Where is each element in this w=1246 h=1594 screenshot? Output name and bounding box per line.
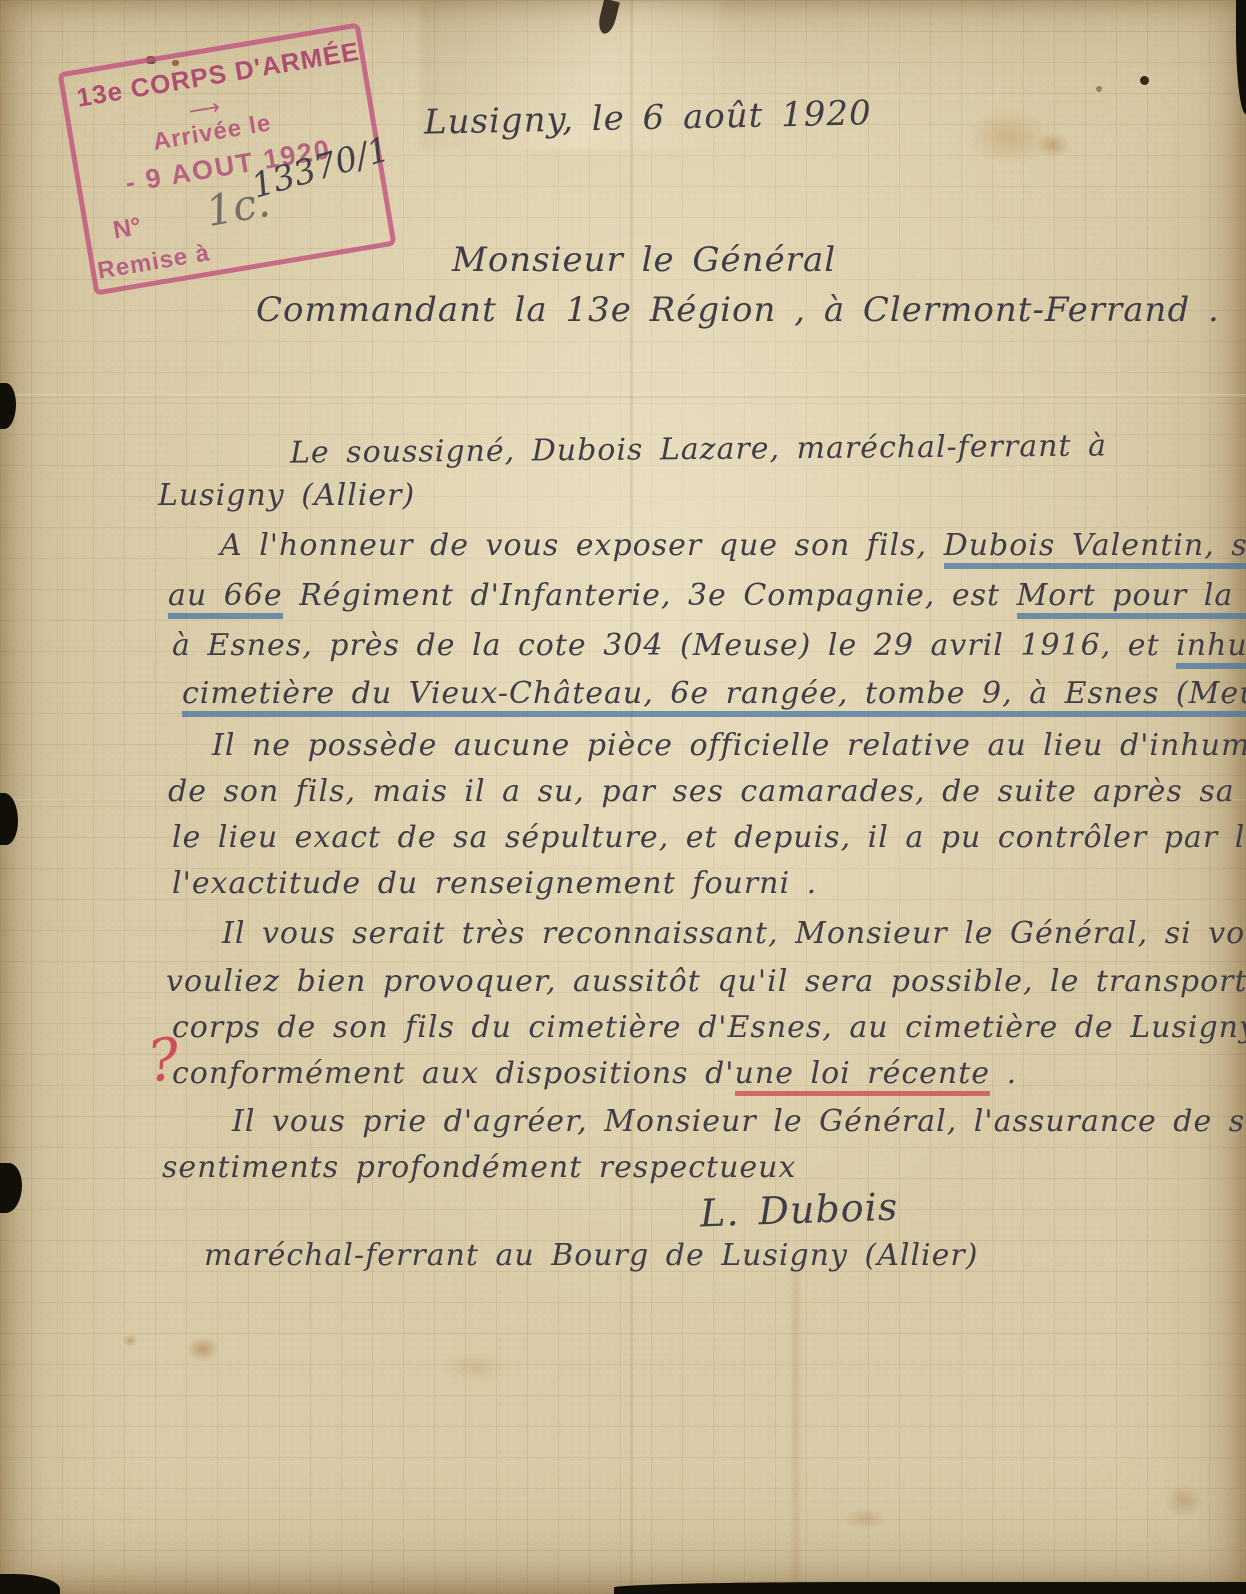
body-line: corps de son fils du cimetière d'Esnes, …: [172, 1010, 1246, 1045]
stain: [122, 1334, 138, 1347]
fold-crease: [792, 1270, 799, 1594]
underlined-loi-recente: une loi récente: [735, 1056, 991, 1096]
paper-tear: [0, 1163, 22, 1213]
underlined-name: Dubois Valentin, soldat: [944, 528, 1246, 569]
body-line: le lieu exact de sa sépulture, et depuis…: [172, 820, 1246, 855]
body-line: l'exactitude du renseignement fourni .: [172, 866, 817, 901]
paper-tear: [0, 383, 16, 429]
body-line: Il vous serait très reconnaissant, Monsi…: [222, 916, 1246, 951]
body-line: au 66e Régiment d'Infanterie, 3e Compagn…: [168, 578, 1246, 613]
body-line: Lusigny (Allier): [158, 478, 415, 513]
stain: [1140, 76, 1149, 85]
paper-tear: [0, 793, 18, 845]
underlined-mort-pour-la-france: Mort pour la France: [1017, 578, 1246, 619]
body-segment: conformément aux dispositions d': [172, 1056, 735, 1091]
body-line: A l'honneur de vous exposer que son fils…: [220, 528, 1246, 563]
dateline: Lusigny, le 6 août 1920: [424, 93, 872, 142]
footer-line: maréchal-ferrant au Bourg de Lusigny (Al…: [204, 1238, 978, 1273]
stain: [186, 1336, 220, 1362]
body-line: à Esnes, près de la cote 304 (Meuse) le …: [172, 628, 1246, 663]
fold-crease: [0, 394, 1246, 398]
underlined-regiment: au 66e: [168, 578, 283, 619]
body-line: cimetière du Vieux-Château, 6e rangée, t…: [182, 676, 1246, 711]
body-line: Il ne possède aucune pièce officielle re…: [212, 728, 1246, 763]
body-segment: Régiment d'Infanterie, 3e Compagnie, est: [283, 578, 1017, 613]
paper-edge: [0, 1574, 60, 1594]
body-line: sentiments profondément respectueux: [162, 1150, 796, 1185]
body-segment: à Esnes, près de la cote 304 (Meuse) le …: [172, 628, 1176, 663]
letter-page: 13e CORPS D'ARMÉE ⟶ Arrivée le - 9 AOUT …: [0, 0, 1246, 1594]
stain: [966, 108, 1052, 166]
stain: [1164, 1484, 1204, 1518]
stain: [1036, 132, 1070, 158]
stain: [440, 1352, 510, 1382]
stamp-remise-label: Remise à: [96, 239, 212, 285]
underlined-cemetery-line: cimetière du Vieux-Château, 6e rangée, t…: [182, 676, 1246, 717]
salutation-line1: Monsieur le Général: [452, 240, 836, 280]
paper-tear: [596, 0, 620, 35]
stain: [842, 1508, 888, 1530]
underlined-inhume: inhumé au: [1176, 628, 1246, 669]
body-line: conformément aux dispositions d'une loi …: [172, 1056, 1017, 1091]
body-line: Il vous prie d'agréer, Monsieur le Génér…: [232, 1104, 1246, 1139]
body-line: Le soussigné, Dubois Lazare, maréchal-fe…: [290, 428, 1107, 470]
paper-edge: [614, 1582, 1246, 1594]
paper-edge: [1236, 0, 1246, 114]
body-segment: A l'honneur de vous exposer que son fils…: [220, 528, 944, 563]
stamp-numero-label: N°: [111, 212, 143, 245]
signature: L. Dubois: [699, 1185, 899, 1236]
body-line: vouliez bien provoquer, aussitôt qu'il s…: [166, 964, 1246, 999]
body-segment: .: [990, 1056, 1017, 1091]
salutation-line2: Commandant la 13e Région , à Clermont-Fe…: [256, 290, 1220, 330]
body-line: de son fils, mais il a su, par ses camar…: [168, 774, 1246, 809]
stain: [1096, 86, 1102, 92]
